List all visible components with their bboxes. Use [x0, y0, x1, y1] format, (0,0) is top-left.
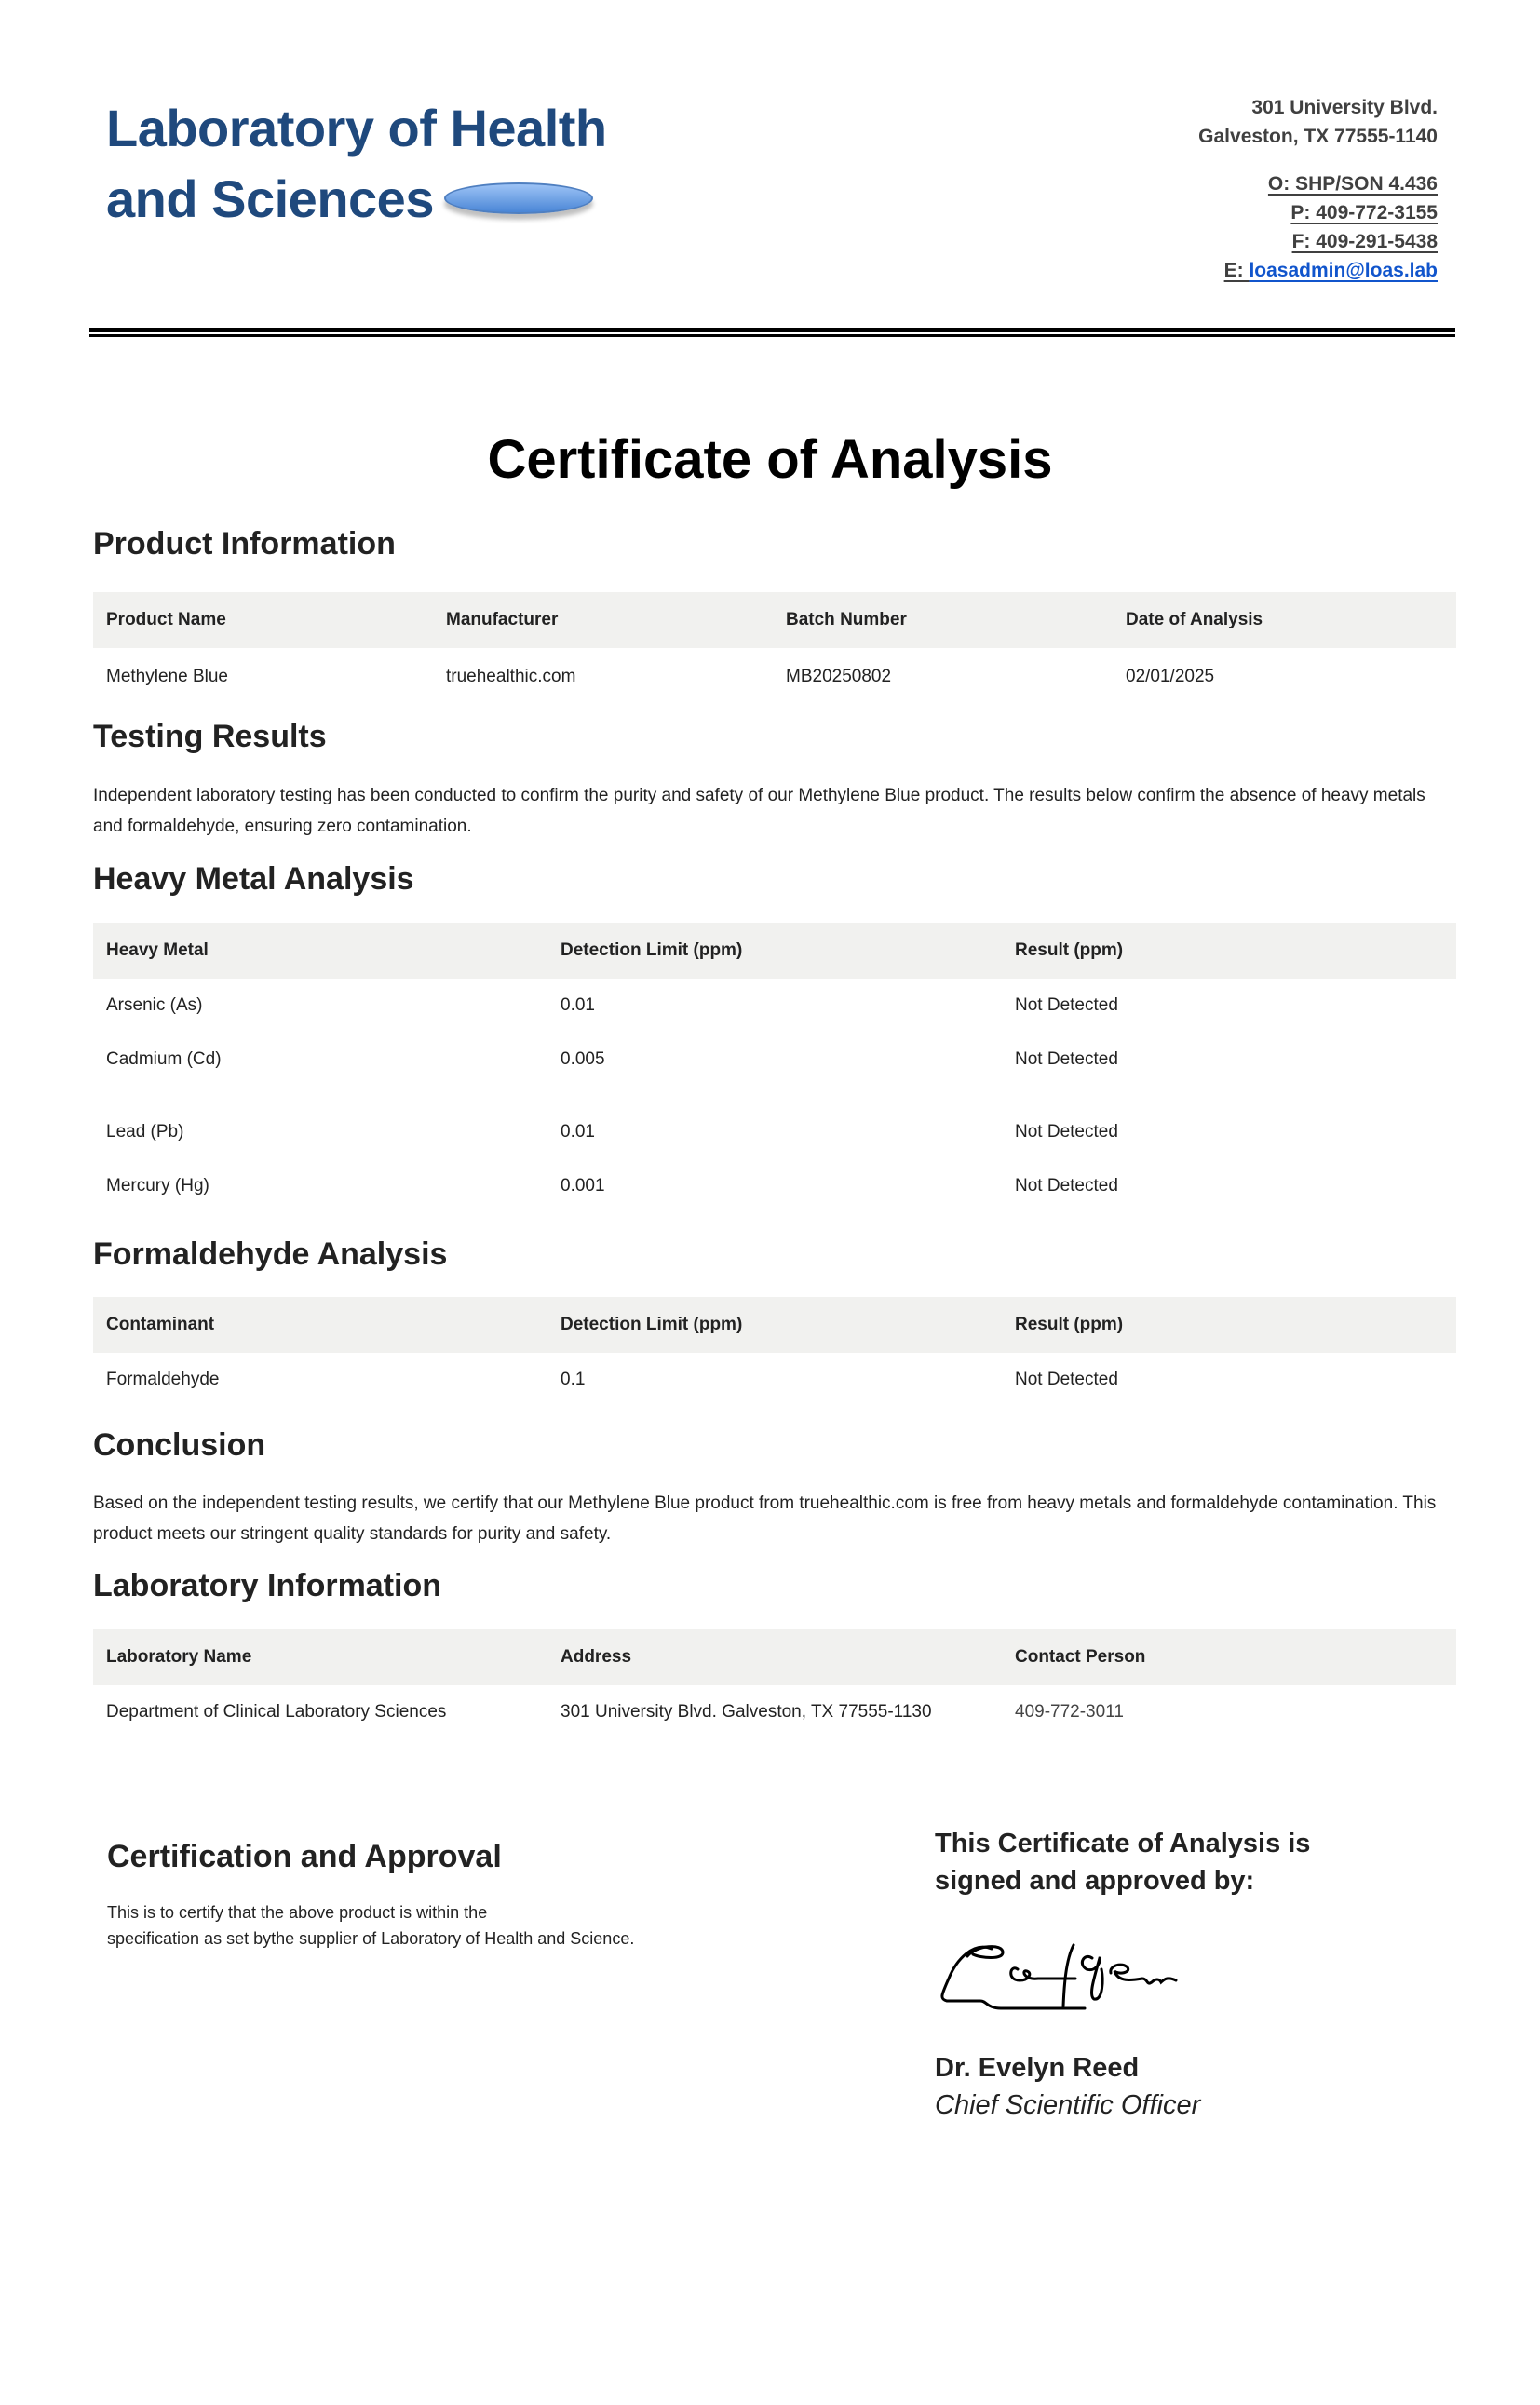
- laboratory-address: 301 University Blvd. Galveston, TX 77555…: [547, 1702, 1002, 1723]
- signature-icon: [936, 1932, 1215, 2025]
- product-info-heading: Product Information: [93, 526, 396, 562]
- table-header: Contaminant Detection Limit (ppm) Result…: [93, 1297, 1456, 1353]
- column-header: Result (ppm): [1002, 1315, 1456, 1335]
- date-of-analysis: 02/01/2025: [1113, 667, 1452, 687]
- contact-person: 409-772-3011: [1002, 1702, 1456, 1723]
- address-line1: 301 University Blvd.: [1198, 93, 1438, 122]
- lab-info-heading: Laboratory Information: [93, 1568, 441, 1604]
- table-row: Department of Clinical Laboratory Scienc…: [93, 1685, 1456, 1739]
- table-header: Heavy Metal Detection Limit (ppm) Result…: [93, 923, 1456, 979]
- conclusion-text: Based on the independent testing results…: [93, 1488, 1452, 1549]
- signer-title: Chief Scientific Officer: [935, 2090, 1200, 2121]
- column-header: Laboratory Name: [93, 1647, 547, 1668]
- laboratory-name: Department of Clinical Laboratory Scienc…: [93, 1702, 547, 1723]
- conclusion-heading: Conclusion: [93, 1427, 265, 1464]
- email-link[interactable]: loasadmin@loas.lab: [1249, 260, 1438, 281]
- manufacturer: truehealthic.com: [433, 667, 773, 687]
- certification-text-line1: This is to certify that the above produc…: [107, 1899, 777, 1925]
- table-row: Cadmium (Cd) 0.005 Not Detected: [93, 1033, 1456, 1087]
- table-row: Mercury (Hg) 0.001 Not Detected: [93, 1159, 1456, 1213]
- column-header: Contact Person: [1002, 1647, 1456, 1668]
- testing-results-text: Independent laboratory testing has been …: [93, 780, 1452, 842]
- detection-limit: 0.005: [547, 1049, 1002, 1070]
- column-header: Product Name: [93, 610, 433, 630]
- product-info-table: Product Name Manufacturer Batch Number D…: [93, 592, 1456, 706]
- column-header: Date of Analysis: [1113, 610, 1452, 630]
- product-name: Methylene Blue: [93, 667, 433, 687]
- detection-limit: 0.01: [547, 995, 1002, 1016]
- table-row: Formaldehyde 0.1 Not Detected: [93, 1353, 1456, 1407]
- table-row: Methylene Blue truehealthic.com MB202508…: [93, 648, 1456, 706]
- office-info: O: SHP/SON 4.436: [1268, 173, 1438, 195]
- column-header: Address: [547, 1647, 1002, 1668]
- column-header: Result (ppm): [1002, 940, 1456, 961]
- page-title: Certificate of Analysis: [0, 428, 1540, 491]
- batch-number: MB20250802: [773, 667, 1113, 687]
- email-prefix: E:: [1224, 260, 1250, 281]
- detection-limit: 0.1: [547, 1370, 1002, 1390]
- fax-number: F: 409-291-5438: [1292, 231, 1438, 252]
- certification-text-line2: specification as set bythe supplier of L…: [107, 1925, 777, 1952]
- testing-results-heading: Testing Results: [93, 719, 327, 755]
- metal-name: Mercury (Hg): [93, 1176, 547, 1196]
- table-row: Lead (Pb) 0.01 Not Detected: [93, 1087, 1456, 1159]
- column-header: Detection Limit (ppm): [547, 1315, 1002, 1335]
- column-header: Manufacturer: [433, 610, 773, 630]
- phone-number: P: 409-772-3155: [1290, 202, 1438, 223]
- lab-info-table: Laboratory Name Address Contact Person D…: [93, 1629, 1456, 1739]
- table-row: Arsenic (As) 0.01 Not Detected: [93, 979, 1456, 1033]
- formaldehyde-heading: Formaldehyde Analysis: [93, 1236, 447, 1273]
- heavy-metal-table: Heavy Metal Detection Limit (ppm) Result…: [93, 923, 1456, 1213]
- logo-ellipse-icon: [444, 182, 593, 214]
- header-divider-secondary: [89, 334, 1455, 337]
- result: Not Detected: [1002, 995, 1456, 1016]
- lab-name-line1: Laboratory of Health: [106, 93, 607, 164]
- column-header: Batch Number: [773, 610, 1113, 630]
- result: Not Detected: [1002, 1370, 1456, 1390]
- signed-by-heading: This Certificate of Analysis is signed a…: [935, 1825, 1382, 1899]
- address-line2: Galveston, TX 77555-1140: [1198, 122, 1438, 151]
- column-header: Heavy Metal: [93, 940, 547, 961]
- detection-limit: 0.01: [547, 1122, 1002, 1142]
- formaldehyde-table: Contaminant Detection Limit (ppm) Result…: [93, 1297, 1456, 1407]
- certification-text: This is to certify that the above produc…: [107, 1899, 777, 1952]
- header-divider: [89, 328, 1455, 332]
- metal-name: Arsenic (As): [93, 995, 547, 1016]
- contaminant: Formaldehyde: [93, 1370, 547, 1390]
- metal-name: Cadmium (Cd): [93, 1049, 547, 1070]
- column-header: Contaminant: [93, 1315, 547, 1335]
- certification-heading: Certification and Approval: [107, 1839, 502, 1875]
- result: Not Detected: [1002, 1122, 1456, 1142]
- contact-block: 301 University Blvd. Galveston, TX 77555…: [1198, 93, 1438, 285]
- detection-limit: 0.001: [547, 1176, 1002, 1196]
- table-header: Laboratory Name Address Contact Person: [93, 1629, 1456, 1685]
- signer-name: Dr. Evelyn Reed: [935, 2053, 1139, 2084]
- result: Not Detected: [1002, 1176, 1456, 1196]
- table-header: Product Name Manufacturer Batch Number D…: [93, 592, 1456, 648]
- column-header: Detection Limit (ppm): [547, 940, 1002, 961]
- metal-name: Lead (Pb): [93, 1122, 547, 1142]
- heavy-metal-heading: Heavy Metal Analysis: [93, 861, 414, 898]
- result: Not Detected: [1002, 1049, 1456, 1070]
